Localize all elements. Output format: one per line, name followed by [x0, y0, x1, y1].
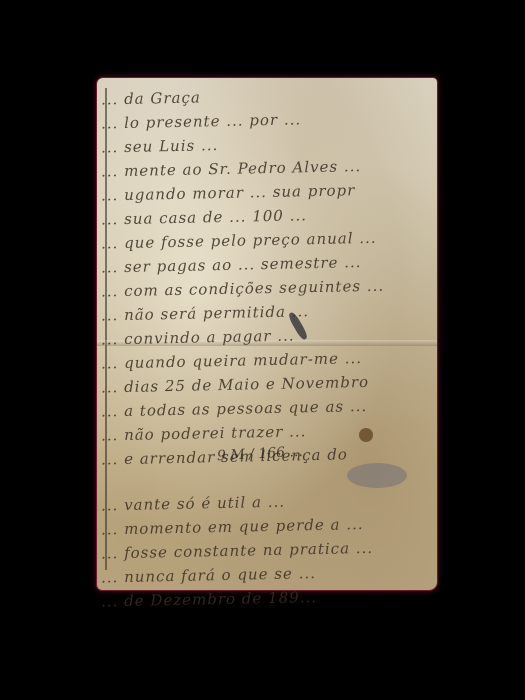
handwritten-text: ... da Graça ... lo presente ... por ...… — [101, 84, 437, 610]
manuscript-page: ... da Graça ... lo presente ... por ...… — [97, 78, 437, 590]
